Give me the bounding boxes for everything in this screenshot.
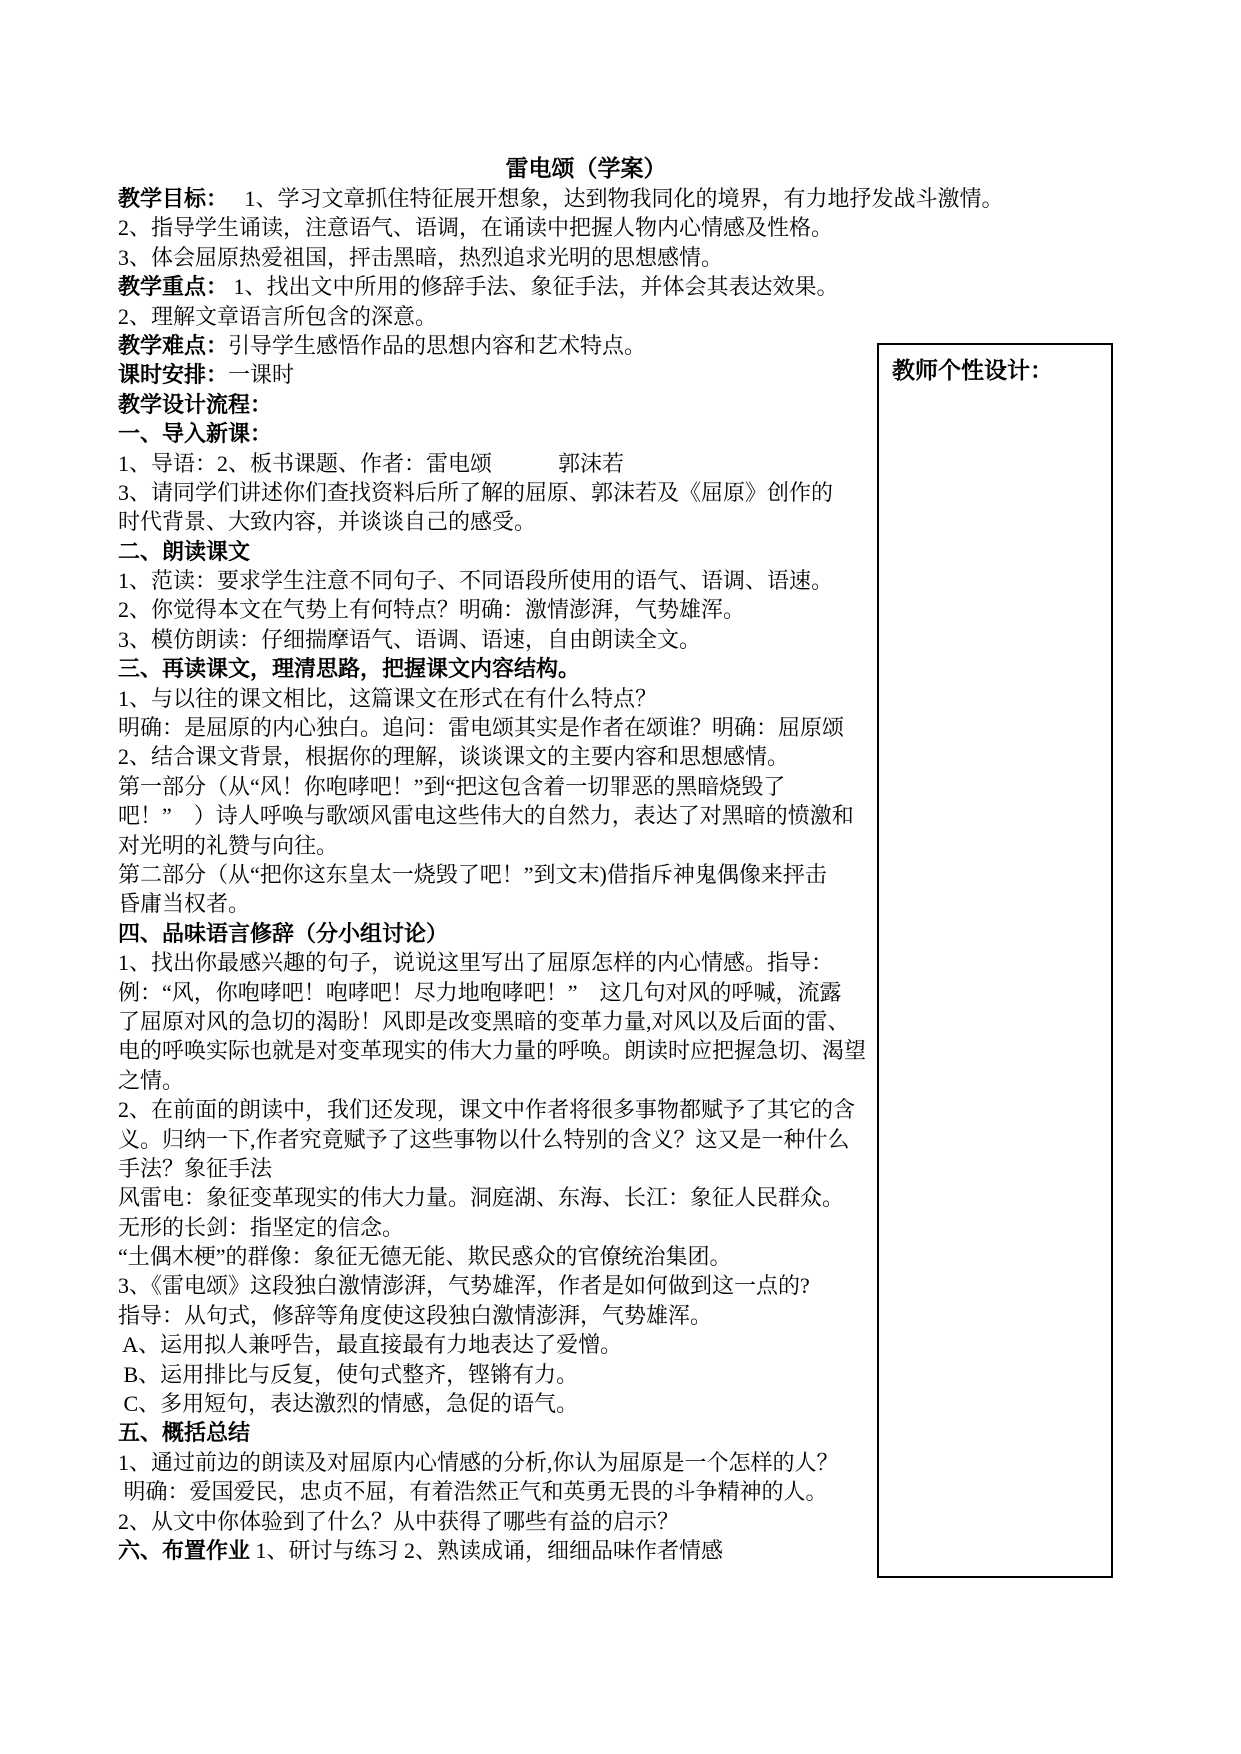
heading-text: 教学目标： <box>118 186 217 211</box>
heading-text: 一、导入新课： <box>118 421 272 446</box>
text-line: 3、体会屈原热爱祖国，抨击黑暗，热烈追求光明的思想感情。 <box>118 243 1118 272</box>
body-text: 3、模仿朗读：仔细揣摩语气、语调、语速，自由朗读全文。 <box>118 627 701 652</box>
page-title: 雷电颂（学案） <box>118 150 1054 183</box>
body-text: 义。归纳一下,作者究竟赋予了这些事物以什么特别的含义？这又是一种什么 <box>118 1127 850 1152</box>
body-text: 1、导语：2、板书课题、作者：雷电颂 郭沫若 <box>118 451 624 476</box>
body-text: A、运用拟人兼呼告，最直接最有力地表达了爱憎。 <box>118 1332 622 1357</box>
heading-text: 教学重点： <box>118 274 228 299</box>
body-text: 昏庸当权者。 <box>118 891 250 916</box>
body-text: 2、理解文章语言所包含的深意。 <box>118 304 437 329</box>
body-text: 手法？象征手法 <box>118 1156 272 1181</box>
heading-text: 六、布置作业 <box>118 1538 250 1563</box>
body-text: 明确：是屈原的内心独白。追问：雷电颂其实是作者在颂谁？明确：屈原颂 <box>118 715 844 740</box>
heading-text: 二、朗读课文 <box>118 539 250 564</box>
body-text: 2、指导学生诵读，注意语气、语调，在诵读中把握人物内心情感及性格。 <box>118 215 833 240</box>
body-text: B、运用排比与反复，使句式整齐，铿锵有力。 <box>118 1362 578 1387</box>
body-text: 一课时 <box>228 362 294 387</box>
body-text: 1、学习文章抓住特征展开想象，达到物我同化的境界，有力地抒发战斗激情。 <box>217 186 1004 211</box>
body-text: 第一部分（从“风！你咆哮吧！”到“把这包含着一切罪恶的黑暗烧毁了 <box>118 774 785 799</box>
text-line: 2、指导学生诵读，注意语气、语调，在诵读中把握人物内心情感及性格。 <box>118 213 1118 242</box>
teacher-design-box: 教师个性设计： <box>877 343 1113 1578</box>
body-text: 1、找出你最感兴趣的句子，说说这里写出了屈原怎样的内心情感。指导： <box>118 950 833 975</box>
heading-text: 课时安排： <box>118 362 228 387</box>
body-text: 2、你觉得本文在气势上有何特点？明确：激情澎湃，气势雄浑。 <box>118 597 745 622</box>
text-line: 教学目标： 1、学习文章抓住特征展开想象，达到物我同化的境界，有力地抒发战斗激情… <box>118 184 1118 213</box>
heading-text: 教学设计流程： <box>118 392 272 417</box>
body-text: 例：“风，你咆哮吧！咆哮吧！尽力地咆哮吧！” 这几句对风的呼喊，流露 <box>118 980 842 1005</box>
body-text: 1、找出文中所用的修辞手法、象征手法，并体会其表达效果。 <box>228 274 839 299</box>
teacher-design-label: 教师个性设计： <box>879 345 1111 385</box>
body-text: 1、研讨与练习 2、熟读成诵，细细品味作者情感 <box>250 1538 723 1563</box>
body-text: 3、请同学们讲述你们查找资料后所了解的屈原、郭沫若及《屈原》创作的 <box>118 480 833 505</box>
body-text: 明确：爱国爱民，忠贞不屈，有着浩然正气和英勇无畏的斗争精神的人。 <box>118 1479 828 1504</box>
heading-text: 教学难点： <box>118 333 228 358</box>
body-text: 2、在前面的朗读中，我们还发现，课文中作者将很多事物都赋予了其它的含 <box>118 1097 855 1122</box>
body-text: 引导学生感悟作品的思想内容和艺术特点。 <box>228 333 646 358</box>
body-text: 1、与以往的课文相比，这篇课文在形式在有什么特点？ <box>118 686 657 711</box>
body-text: 2、从文中你体验到了什么？从中获得了哪些有益的启示？ <box>118 1509 679 1534</box>
body-text: 1、通过前边的朗读及对屈原内心情感的分析,你认为屈原是一个怎样的人？ <box>118 1450 839 1475</box>
body-text: 3、体会屈原热爱祖国，抨击黑暗，热烈追求光明的思想感情。 <box>118 245 723 270</box>
body-text: 3、《雷电颂》这段独白激情澎湃，气势雄浑，作者是如何做到这一点的? <box>118 1273 810 1298</box>
body-text: C、多用短句，表达激烈的情感，急促的语气。 <box>118 1391 578 1416</box>
heading-text: 五、概括总结 <box>118 1420 250 1445</box>
body-text: 1、范读：要求学生注意不同句子、不同语段所使用的语气、语调、语速。 <box>118 568 833 593</box>
body-text: 对光明的礼赞与向往。 <box>118 833 338 858</box>
body-text: 无形的长剑：指坚定的信念。 <box>118 1215 404 1240</box>
body-text: 了屈原对风的急切的渴盼！风即是改变黑暗的变革力量,对风以及后面的雷、 <box>118 1009 850 1034</box>
body-text: 风雷电：象征变革现实的伟大力量。洞庭湖、东海、长江：象征人民群众。 <box>118 1185 844 1210</box>
body-text: 吧！” ）诗人呼唤与歌颂风雷电这些伟大的自然力，表达了对黑暗的愤激和 <box>118 803 854 828</box>
text-line: 教学重点： 1、找出文中所用的修辞手法、象征手法，并体会其表达效果。 <box>118 272 1118 301</box>
body-text: 第二部分（从“把你这东皇太一烧毁了吧！”到文末)借指斥神鬼偶像来抨击 <box>118 862 827 887</box>
heading-text: 三、再读课文，理清思路，把握课文内容结构。 <box>118 656 580 681</box>
text-line: 2、理解文章语言所包含的深意。 <box>118 302 1118 331</box>
body-text: 2、结合课文背景，根据你的理解，谈谈课文的主要内容和思想感情。 <box>118 744 789 769</box>
body-text: 电的呼唤实际也就是对变革现实的伟大力量的呼唤。朗读时应把握急切、渴望 <box>118 1038 866 1063</box>
body-text: 之情。 <box>118 1068 184 1093</box>
heading-text: 四、品味语言修辞（分小组讨论） <box>118 921 448 946</box>
body-text: “土偶木梗”的群像：象征无德无能、欺民惑众的官僚统治集团。 <box>118 1244 732 1269</box>
body-text: 时代背景、大致内容，并谈谈自己的感受。 <box>118 509 536 534</box>
body-text: 指导：从句式，修辞等角度使这段独白激情澎湃，气势雄浑。 <box>118 1303 712 1328</box>
